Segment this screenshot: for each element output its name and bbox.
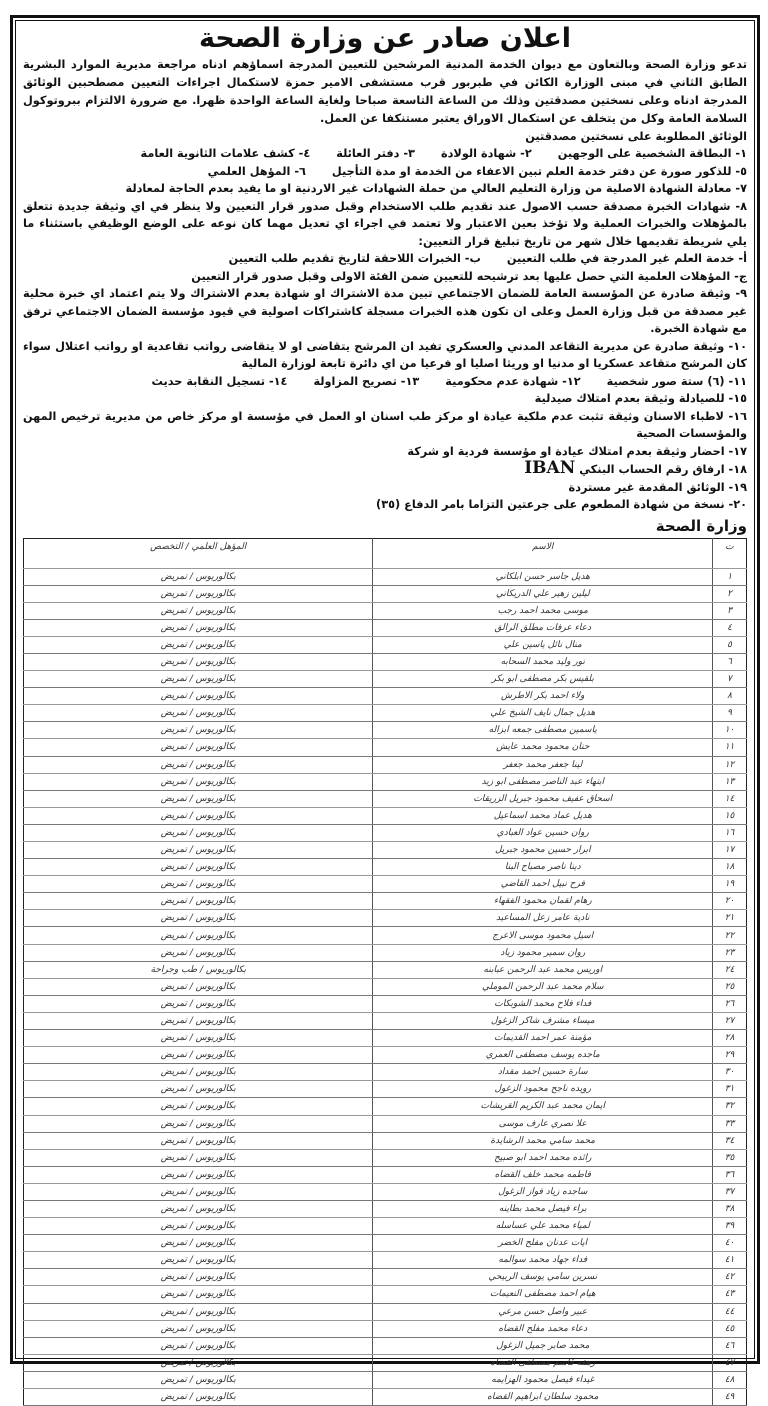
candidate-name: روان حسين عواد العبادي (373, 824, 713, 841)
candidate-name: ايات عدنان مفلح الخضر (373, 1235, 713, 1252)
row-number: ٤٢ (713, 1269, 747, 1286)
candidate-name: اسحاق عفيف محمود جبريل الزريقات (373, 790, 713, 807)
candidate-name: هيام احمد مصطفى النعيمات (373, 1286, 713, 1303)
candidate-qualification: بكالوريوس / تمريض (24, 602, 373, 619)
table-header-row: ت الاسم المؤهل العلمي / التخصص (24, 538, 747, 568)
table-row: ١٨دينا ناصر مصباح البنابكالوريوس / تمريض (24, 859, 747, 876)
table-row: ٢٤اوريس محمد عبد الرحمن عبابنهبكالوريوس … (24, 961, 747, 978)
table-row: ٢٠رهام لقمان محمود الفقهاءبكالوريوس / تم… (24, 893, 747, 910)
candidate-qualification: بكالوريوس / تمريض (24, 619, 373, 636)
row-number: ٤٦ (713, 1337, 747, 1354)
doc-item-7: ٧- معادلة الشهادة الاصلية من وزارة التعل… (23, 180, 747, 198)
row-number: ٧ (713, 671, 747, 688)
table-row: ٥منال نائل ياسين عليبكالوريوس / تمريض (24, 636, 747, 653)
candidate-name: موسى محمد احمد رجب (373, 602, 713, 619)
doc-item-17: ١٧- احضار وثيقة بعدم امتلاك عيادة او مؤس… (23, 443, 747, 461)
candidate-qualification: بكالوريوس / تمريض (24, 910, 373, 927)
row-number: ٢٢ (713, 927, 747, 944)
candidate-name: هديل عماد محمد اسماعيل (373, 807, 713, 824)
table-row: ٣٨براء فيصل محمد بطاينهبكالوريوس / تمريض (24, 1200, 747, 1217)
row-number: ١٥ (713, 807, 747, 824)
candidate-qualification: بكالوريوس / تمريض (24, 585, 373, 602)
table-row: ٢١نادية عامر زعل المساعيدبكالوريوس / تمر… (24, 910, 747, 927)
table-row: ١٤اسحاق عفيف محمود جبريل الزريقاتبكالوري… (24, 790, 747, 807)
candidate-name: نادية عامر زعل المساعيد (373, 910, 713, 927)
table-row: ٣٣علا نصري عارف موسىبكالوريوس / تمريض (24, 1115, 747, 1132)
candidate-name: رائده محمد احمد ابو صبيح (373, 1149, 713, 1166)
table-row: ١٢لينا جعفر محمد جعفربكالوريوس / تمريض (24, 756, 747, 773)
candidate-name: ولاء احمد بكر الاطرش (373, 688, 713, 705)
row-number: ٢٦ (713, 995, 747, 1012)
candidate-name: هديل جاسر حسن ابلكاني (373, 568, 713, 585)
candidate-name: بلقيس بكر مصطفى ابو بكر (373, 671, 713, 688)
row-number: ٢ (713, 585, 747, 602)
table-row: ٢٦فداء فلاح محمد الشوبكاتبكالوريوس / تمر… (24, 995, 747, 1012)
candidate-name: دعاء عرفات مطلق الرالق (373, 619, 713, 636)
table-row: ٣٧ساجده زياد فواز الزغولبكالوريوس / تمري… (24, 1183, 747, 1200)
row-number: ١٢ (713, 756, 747, 773)
candidate-rows: ١هديل جاسر حسن ابلكانيبكالوريوس / تمريض٢… (24, 568, 747, 1384)
doc-item-9: ٩- وثيقة صادرة عن المؤسسة العامة للضمان … (23, 285, 747, 338)
row-number: ٢٩ (713, 1047, 747, 1064)
row-number: ١ (713, 568, 747, 585)
candidate-qualification: بكالوريوس / تمريض (24, 790, 373, 807)
row-number: ١٣ (713, 773, 747, 790)
row-number: ٣١ (713, 1081, 747, 1098)
candidate-qualification: بكالوريوس / تمريض (24, 1166, 373, 1183)
doc-item-20: ٢٠- نسخة من شهادة المطعوم على جرعتين الت… (23, 496, 747, 514)
doc-item-8b: ب- الخبرات اللاحقة لتاريخ تقديم طلب التع… (229, 250, 481, 268)
candidate-name: منال نائل ياسين علي (373, 636, 713, 653)
table-row: ٤٠ايات عدنان مفلح الخضربكالوريوس / تمريض (24, 1235, 747, 1252)
doc-item-8c: ج- المؤهلات العلمية التي حصل عليها بعد ت… (23, 268, 747, 286)
table-row: ٢٨مؤمنة عمر احمد القديماتبكالوريوس / تمر… (24, 1030, 747, 1047)
doc-item-13: ١٣- تصريح المزاولة (313, 373, 419, 391)
candidate-qualification: بكالوريوس / تمريض (24, 1371, 373, 1384)
table-row: ١١حنان محمود محمد عايشبكالوريوس / تمريض (24, 739, 747, 756)
candidate-name: رويده ناجح محمود الزغول (373, 1081, 713, 1098)
candidate-name: ليلين زهير علي الدريكاني (373, 585, 713, 602)
table-row: ٢٧ميساء مشرف شاكر الزغولبكالوريوس / تمري… (24, 1012, 747, 1029)
candidate-qualification: بكالوريوس / تمريض (24, 876, 373, 893)
candidate-qualification: بكالوريوس / تمريض (24, 1286, 373, 1303)
document-items-5-6: ٥- للذكور صورة عن دفتر خدمة العلم تبين ا… (23, 163, 747, 181)
candidate-qualification: بكالوريوس / تمريض (24, 1252, 373, 1269)
row-number: ١١ (713, 739, 747, 756)
candidate-name: ياسمين مصطفى جمعه ابزاله (373, 722, 713, 739)
candidate-name: عبير واصل حسن مرعي (373, 1303, 713, 1320)
row-number: ٢٨ (713, 1030, 747, 1047)
candidate-name: لمياء محمد علي عساسله (373, 1218, 713, 1235)
candidate-name: فداء جهاد محمد سوالمه (373, 1252, 713, 1269)
candidate-qualification: بكالوريوس / تمريض (24, 1064, 373, 1081)
announcement-frame: اعلان صادر عن وزارة الصحة تدعو وزارة الص… (10, 15, 760, 1364)
row-number: ٣٣ (713, 1115, 747, 1132)
row-number: ٣٦ (713, 1166, 747, 1183)
row-number: ١٩ (713, 876, 747, 893)
ministry-label: وزارة الصحة (23, 516, 747, 536)
candidate-name: زهقه قاسم مصطفى القضاه (373, 1354, 713, 1371)
doc-item-1: ١- البطاقة الشخصية على الوجهين (558, 145, 747, 163)
candidate-qualification: بكالوريوس / تمريض (24, 568, 373, 585)
candidate-name: سارة حسين احمد مقداد (373, 1064, 713, 1081)
row-number: ٣٨ (713, 1200, 747, 1217)
candidate-qualification: بكالوريوس / تمريض (24, 978, 373, 995)
candidate-qualification: بكالوريوس / تمريض (24, 756, 373, 773)
candidate-qualification: بكالوريوس / تمريض (24, 1218, 373, 1235)
doc-item-12: ١٢- شهادة عدم محكومية (445, 373, 580, 391)
row-number: ٨ (713, 688, 747, 705)
doc-item-6: ٦- المؤهل العلمي (208, 163, 306, 181)
document-items-11-14: ١١- (٦) ستة صور شخصية ١٢- شهادة عدم محكو… (23, 373, 747, 391)
table-row: ٤٢نسرين سامي يوسف الربيحيبكالوريوس / تمر… (24, 1269, 747, 1286)
candidate-name: دينا ناصر مصباح البنا (373, 859, 713, 876)
document-items-1-4: ١- البطاقة الشخصية على الوجهين ٢- شهادة … (23, 145, 747, 163)
row-number: ٥ (713, 636, 747, 653)
candidate-qualification: بكالوريوس / تمريض (24, 995, 373, 1012)
candidate-qualification: بكالوريوس / تمريض (24, 859, 373, 876)
candidate-name: غيداء فيصل محمود الهزايمه (373, 1371, 713, 1384)
table-row: ٢٩ماجده يوسف مصطفى العمريبكالوريوس / تمر… (24, 1047, 747, 1064)
candidate-name: فاطمه محمد خلف القضاه (373, 1166, 713, 1183)
doc-item-8a: أ- خدمة العلم غير المدرجة في طلب التعيين (507, 250, 747, 268)
table-row: ٧بلقيس بكر مصطفى ابو بكربكالوريوس / تمري… (24, 671, 747, 688)
candidate-qualification: بكالوريوس / تمريض (24, 636, 373, 653)
candidate-qualification: بكالوريوس / تمريض (24, 1047, 373, 1064)
announcement-title: اعلان صادر عن وزارة الصحة (23, 22, 747, 56)
candidate-name: براء فيصل محمد بطاينه (373, 1200, 713, 1217)
candidate-name: ايمان محمد عبد الكريم القريشات (373, 1098, 713, 1115)
table-row: ٤٥دعاء محمد مفلح القضاهبكالوريوس / تمريض (24, 1320, 747, 1337)
candidate-name: رهام لقمان محمود الفقهاء (373, 893, 713, 910)
doc-item-5: ٥- للذكور صورة عن دفتر خدمة العلم تبين ا… (332, 163, 747, 181)
table-row: ٢٣روان سمير محمود زيادبكالوريوس / تمريض (24, 944, 747, 961)
row-number: ٤١ (713, 1252, 747, 1269)
doc-item-10: ١٠- وثيقة صادرة عن مديرية التقاعد المدني… (23, 338, 747, 373)
table-row: ٢٢اسيل محمود موسى الاعرجبكالوريوس / تمري… (24, 927, 747, 944)
table-row: ٤٦محمد صابر جميل الزغولبكالوريوس / تمريض (24, 1337, 747, 1354)
doc-item-2: ٢- شهادة الولادة (441, 145, 532, 163)
row-number: ٤٧ (713, 1354, 747, 1371)
row-number: ٢٣ (713, 944, 747, 961)
table-row: ١هديل جاسر حسن ابلكانيبكالوريوس / تمريض (24, 568, 747, 585)
candidate-name: ماجده يوسف مصطفى العمري (373, 1047, 713, 1064)
row-number: ١٤ (713, 790, 747, 807)
doc-item-19: ١٩- الوثائق المقدمة غير مستردة (23, 479, 747, 497)
candidate-name: محمد صابر جميل الزغول (373, 1337, 713, 1354)
table-row: ٩هديل جمال نايف الشيخ عليبكالوريوس / تمر… (24, 705, 747, 722)
row-number: ١٠ (713, 722, 747, 739)
row-number: ٣٢ (713, 1098, 747, 1115)
candidate-qualification: بكالوريوس / تمريض (24, 1149, 373, 1166)
announcement-intro: تدعو وزارة الصحة وبالتعاون مع ديوان الخد… (23, 56, 747, 128)
candidate-qualification: بكالوريوس / تمريض (24, 671, 373, 688)
candidate-qualification: بكالوريوس / تمريض (24, 1030, 373, 1047)
row-number: ٦ (713, 653, 747, 670)
candidate-name: علا نصري عارف موسى (373, 1115, 713, 1132)
row-number: ١٧ (713, 842, 747, 859)
candidate-qualification: بكالوريوس / تمريض (24, 807, 373, 824)
candidate-qualification: بكالوريوس / تمريض (24, 1012, 373, 1029)
candidate-name: فداء فلاح محمد الشوبكات (373, 995, 713, 1012)
candidate-qualification: بكالوريوس / تمريض (24, 722, 373, 739)
candidate-name: حنان محمود محمد عايش (373, 739, 713, 756)
candidate-qualification: بكالوريوس / تمريض (24, 1115, 373, 1132)
doc-item-16: ١٦- لاطباء الاسنان وثيقة تثبت عدم ملكية … (23, 408, 747, 443)
candidate-name: هديل جمال نايف الشيخ علي (373, 705, 713, 722)
candidate-qualification: بكالوريوس / تمريض (24, 1081, 373, 1098)
table-row: ٤٧زهقه قاسم مصطفى القضاهبكالوريوس / تمري… (24, 1354, 747, 1371)
candidate-name: ابتهاء عبد الناصر مصطفى ابو زيد (373, 773, 713, 790)
table-row: ٣٢ايمان محمد عبد الكريم القريشاتبكالوريو… (24, 1098, 747, 1115)
candidate-qualification: بكالوريوس / تمريض (24, 1269, 373, 1286)
table-row: ١٦روان حسين عواد العباديبكالوريوس / تمري… (24, 824, 747, 841)
table-row: ٣موسى محمد احمد رجببكالوريوس / تمريض (24, 602, 747, 619)
table-row: ٣٩لمياء محمد علي عساسلهبكالوريوس / تمريض (24, 1218, 747, 1235)
row-number: ١٦ (713, 824, 747, 841)
doc-item-18-text: ١٨- ارفاق رقم الحساب البنكي (579, 463, 747, 476)
row-number: ٤٠ (713, 1235, 747, 1252)
candidate-qualification: بكالوريوس / تمريض (24, 1132, 373, 1149)
doc-item-15: ١٥- للصيادلة وثيقة بعدم امتلاك صيدلية (23, 390, 747, 408)
header-no: ت (713, 538, 747, 568)
candidate-name: نسرين سامي يوسف الربيحي (373, 1269, 713, 1286)
candidate-name: محمد سامي محمد الرشايدة (373, 1132, 713, 1149)
candidate-qualification: بكالوريوس / تمريض (24, 1303, 373, 1320)
row-number: ٤٨ (713, 1371, 747, 1384)
doc-item-14: ١٤- تسجيل النقابة حديث (152, 373, 288, 391)
table-row: ٨ولاء احمد بكر الاطرشبكالوريوس / تمريض (24, 688, 747, 705)
candidate-name: ساجده زياد فواز الزغول (373, 1183, 713, 1200)
candidate-name: روان سمير محمود زياد (373, 944, 713, 961)
candidate-qualification: بكالوريوس / تمريض (24, 739, 373, 756)
header-name: الاسم (373, 538, 713, 568)
doc-item-4: ٤- كشف علامات الثانوية العامة (141, 145, 311, 163)
row-number: ٢١ (713, 910, 747, 927)
table-row: ١٩فرح نبيل احمد القاضيبكالوريوس / تمريض (24, 876, 747, 893)
table-row: ٤٤عبير واصل حسن مرعيبكالوريوس / تمريض (24, 1303, 747, 1320)
candidate-qualification: بكالوريوس / تمريض (24, 927, 373, 944)
candidate-qualification: بكالوريوس / تمريض (24, 705, 373, 722)
candidate-name: نور وليد محمد السحابه (373, 653, 713, 670)
doc-item-11: ١١- (٦) ستة صور شخصية (607, 373, 747, 391)
candidate-name: سلام محمد عبد الرحمن الموملي (373, 978, 713, 995)
candidate-name: ابرار حسين محمود جبريل (373, 842, 713, 859)
documents-heading: الوثائق المطلوبة على نسختين مصدقتين (23, 128, 747, 145)
iban-label: IBAN (524, 458, 575, 478)
row-number: ٣٥ (713, 1149, 747, 1166)
candidate-name: اوريس محمد عبد الرحمن عبابنه (373, 961, 713, 978)
candidate-name: اسيل محمود موسى الاعرج (373, 927, 713, 944)
candidate-qualification: بكالوريوس / تمريض (24, 824, 373, 841)
table-row: ٣١رويده ناجح محمود الزغولبكالوريوس / تمر… (24, 1081, 747, 1098)
doc-item-8-subs: أ- خدمة العلم غير المدرجة في طلب التعيين… (23, 250, 747, 268)
candidate-name: فرح نبيل احمد القاضي (373, 876, 713, 893)
table-row: ٣٤محمد سامي محمد الرشايدةبكالوريوس / تمر… (24, 1132, 747, 1149)
row-number: ٣ (713, 602, 747, 619)
row-number: ٣٩ (713, 1218, 747, 1235)
row-number: ٢٠ (713, 893, 747, 910)
table-row: ٣٦فاطمه محمد خلف القضاهبكالوريوس / تمريض (24, 1166, 747, 1183)
row-number: ٣٧ (713, 1183, 747, 1200)
table-row: ٤٣هيام احمد مصطفى النعيماتبكالوريوس / تم… (24, 1286, 747, 1303)
table-row: ١٥هديل عماد محمد اسماعيلبكالوريوس / تمري… (24, 807, 747, 824)
table-row: ٣٠سارة حسين احمد مقدادبكالوريوس / تمريض (24, 1064, 747, 1081)
candidate-qualification: بكالوريوس / تمريض (24, 944, 373, 961)
candidate-qualification: بكالوريوس / تمريض (24, 688, 373, 705)
row-number: ٤ (713, 619, 747, 636)
row-number: ٤٣ (713, 1286, 747, 1303)
row-number: ٣٠ (713, 1064, 747, 1081)
table-row: ١٧ابرار حسين محمود جبريلبكالوريوس / تمري… (24, 842, 747, 859)
table-row: ٢٥سلام محمد عبد الرحمن المومليبكالوريوس … (24, 978, 747, 995)
candidate-qualification: بكالوريوس / تمريض (24, 1183, 373, 1200)
row-number: ٤٥ (713, 1320, 747, 1337)
candidate-qualification: بكالوريوس / تمريض (24, 773, 373, 790)
row-number: ٩ (713, 705, 747, 722)
row-number: ٢٤ (713, 961, 747, 978)
candidate-name: مؤمنة عمر احمد القديمات (373, 1030, 713, 1047)
candidate-qualification: بكالوريوس / تمريض (24, 653, 373, 670)
row-number: ٣٤ (713, 1132, 747, 1149)
header-qualification: المؤهل العلمي / التخصص (24, 538, 373, 568)
doc-item-18: ١٨- ارفاق رقم الحساب البنكي IBAN (23, 460, 747, 479)
candidate-name: دعاء محمد مفلح القضاه (373, 1320, 713, 1337)
table-row: ٤٨غيداء فيصل محمود الهزايمهبكالوريوس / ت… (24, 1371, 747, 1384)
candidate-qualification: بكالوريوس / تمريض (24, 842, 373, 859)
row-number: ٢٥ (713, 978, 747, 995)
table-row: ٤دعاء عرفات مطلق الرالقبكالوريوس / تمريض (24, 619, 747, 636)
candidate-name: لينا جعفر محمد جعفر (373, 756, 713, 773)
candidate-qualification: بكالوريوس / طب وجراحة (24, 961, 373, 978)
table-row: ١٣ابتهاء عبد الناصر مصطفى ابو زيدبكالوري… (24, 773, 747, 790)
table-row: ٣٥رائده محمد احمد ابو صبيحبكالوريوس / تم… (24, 1149, 747, 1166)
table-row: ١٠ياسمين مصطفى جمعه ابزالهبكالوريوس / تم… (24, 722, 747, 739)
candidate-qualification: بكالوريوس / تمريض (24, 893, 373, 910)
row-number: ١٨ (713, 859, 747, 876)
candidate-qualification: بكالوريوس / تمريض (24, 1200, 373, 1217)
candidate-qualification: بكالوريوس / تمريض (24, 1098, 373, 1115)
table-row: ٦نور وليد محمد السحابهبكالوريوس / تمريض (24, 653, 747, 670)
row-number: ٤٤ (713, 1303, 747, 1320)
doc-item-8: ٨- شهادات الخبرة مصدقة حسب الاصول عند تق… (23, 198, 747, 251)
candidates-table: ت الاسم المؤهل العلمي / التخصص ١هديل جاس… (23, 538, 747, 1385)
candidate-qualification: بكالوريوس / تمريض (24, 1337, 373, 1354)
candidate-qualification: بكالوريوس / تمريض (24, 1320, 373, 1337)
candidate-qualification: بكالوريوس / تمريض (24, 1235, 373, 1252)
row-number: ٢٧ (713, 1012, 747, 1029)
table-row: ٤١فداء جهاد محمد سوالمهبكالوريوس / تمريض (24, 1252, 747, 1269)
candidate-qualification: بكالوريوس / تمريض (24, 1354, 373, 1371)
table-row: ٢ليلين زهير علي الدريكانيبكالوريوس / تمر… (24, 585, 747, 602)
doc-item-3: ٣- دفتر العائلة (336, 145, 415, 163)
candidate-name: ميساء مشرف شاكر الزغول (373, 1012, 713, 1029)
